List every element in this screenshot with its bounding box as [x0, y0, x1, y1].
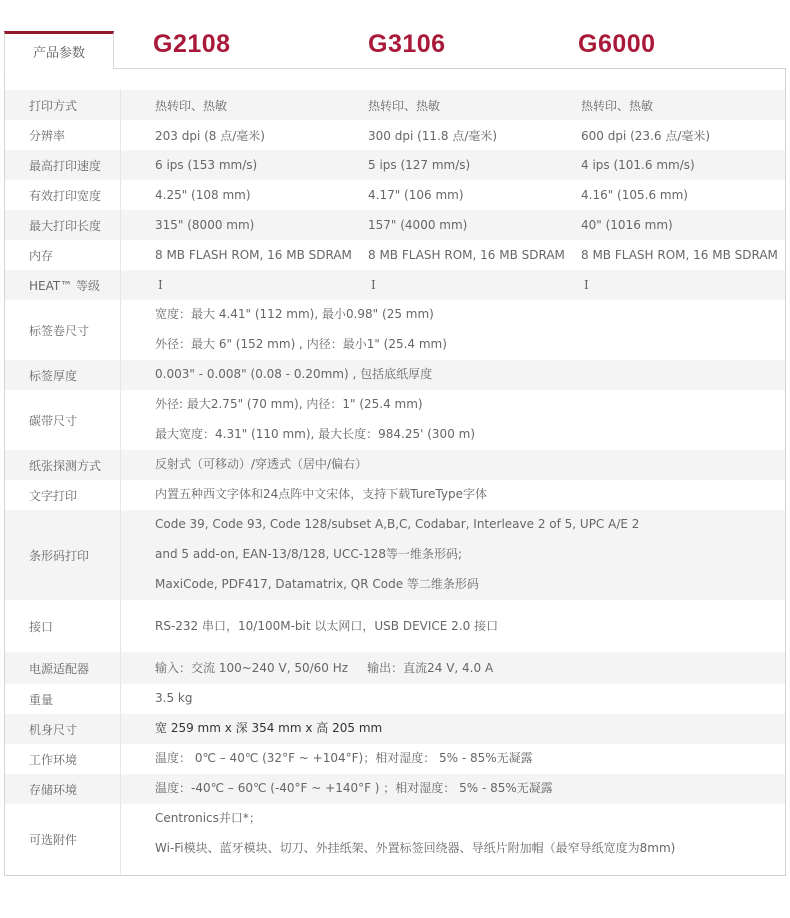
row-label: 标签卷尺寸	[5, 300, 121, 360]
spec-row-dimensions: 机身尺寸 宽 259 mm x 深 354 mm x 高 205 mm	[5, 714, 785, 744]
g3106-value: 8 MB FLASH ROM, 16 MB SDRAM	[368, 240, 565, 270]
g2108-value: 203 dpi (8 点/毫米)	[155, 120, 265, 150]
spec-line: 内置五种西文字体和24点阵中文宋体，支持下载TureType字体	[155, 484, 487, 504]
row-label: 存储环境	[5, 774, 121, 804]
row-label: 纸张探测方式	[5, 450, 121, 480]
spec-row-label-roll: 标签卷尺寸 宽度：最大 4.41" (112 mm), 最小0.98" (25 …	[5, 300, 785, 360]
spec-row-label-thickness: 标签厚度 0.003" - 0.008" (0.08 - 0.20mm) , 包…	[5, 360, 785, 390]
spec-row-interface: 接口 RS-232 串口，10/100M-bit 以太网口，USB DEVICE…	[5, 600, 785, 652]
spec-line: 温度： 0℃ – 40℃ (32°F ~ +104°F)；相对湿度： 5% - …	[155, 748, 533, 768]
g2108-value: 6 ips (153 mm/s)	[155, 150, 257, 180]
model-title-g2108: G2108	[153, 30, 231, 59]
spec-row-power: 电源适配器 输入：交流 100~240 V, 50/60 Hz 输出：直流24 …	[5, 652, 785, 684]
spec-row-print-width: 有效打印宽度 4.25" (108 mm) 4.17" (106 mm) 4.1…	[5, 180, 785, 210]
tab-product-params[interactable]: 产品参数	[4, 31, 114, 69]
spec-line: 温度：-40℃ – 60℃ (-40°F ~ +140°F ) ；相对湿度： 5…	[155, 778, 553, 798]
g6000-value: 热转印、热敏	[581, 90, 653, 120]
row-label: 最大打印长度	[5, 210, 121, 240]
spec-row-options: 可选附件 Centronics并口*； Wi-Fi模块、蓝牙模块、切刀、外挂纸架…	[5, 804, 785, 875]
spec-row-text-print: 文字打印 内置五种西文字体和24点阵中文宋体，支持下载TureType字体	[5, 480, 785, 510]
g2108-value: 315" (8000 mm)	[155, 210, 254, 240]
row-label: 工作环境	[5, 744, 121, 774]
row-label: 标签厚度	[5, 360, 121, 390]
g6000-value: 4.16" (105.6 mm)	[581, 180, 688, 210]
g6000-value: 4 ips (101.6 mm/s)	[581, 150, 695, 180]
spec-line: 3.5 kg	[155, 688, 192, 708]
row-label: 文字打印	[5, 480, 121, 510]
spec-line: 宽 259 mm x 深 354 mm x 高 205 mm	[155, 718, 382, 738]
spec-row-media-sensor: 纸张探测方式 反射式（可移动）/穿透式（居中/偏右）	[5, 450, 785, 480]
g3106-value: I	[371, 270, 376, 300]
model-title-g6000: G6000	[578, 30, 656, 59]
g2108-value: 8 MB FLASH ROM, 16 MB SDRAM	[155, 240, 352, 270]
spec-row-max-speed: 最高打印速度 6 ips (153 mm/s) 5 ips (127 mm/s)…	[5, 150, 785, 180]
spec-line: RS-232 串口，10/100M-bit 以太网口，USB DEVICE 2.…	[155, 616, 498, 636]
spec-line: 最大宽度：4.31" (110 mm), 最大长度：984.25' (300 m…	[155, 424, 475, 444]
spec-header: 产品参数 G2108 G3106 G6000	[0, 0, 790, 70]
g2108-value: 热转印、热敏	[155, 90, 227, 120]
g6000-value: 40" (1016 mm)	[581, 210, 673, 240]
g3106-value: 5 ips (127 mm/s)	[368, 150, 470, 180]
table-top-border	[398, 68, 786, 69]
spec-line: and 5 add-on, EAN-13/8/128, UCC-128等一维条形…	[155, 544, 462, 564]
g3106-value: 4.17" (106 mm)	[368, 180, 464, 210]
row-label: 电源适配器	[5, 652, 121, 684]
row-label: 内存	[5, 240, 121, 270]
row-label: 可选附件	[5, 804, 121, 875]
g3106-value: 300 dpi (11.8 点/毫米)	[368, 120, 497, 150]
spec-line: 0.003" - 0.008" (0.08 - 0.20mm) , 包括底纸厚度	[155, 364, 432, 384]
spec-line: 外径: 最大2.75" (70 mm), 内径：1" (25.4 mm)	[155, 394, 423, 414]
row-label: 重量	[5, 684, 121, 714]
row-label: 接口	[5, 600, 121, 652]
spec-line: Code 39, Code 93, Code 128/subset A,B,C,…	[155, 514, 639, 534]
g6000-value: I	[584, 270, 589, 300]
spec-row-operating-env: 工作环境 温度： 0℃ – 40℃ (32°F ~ +104°F)；相对湿度： …	[5, 744, 785, 774]
row-label: HEAT™ 等级	[5, 270, 121, 300]
spec-line: 输入：交流 100~240 V, 50/60 Hz 输出：直流24 V, 4.0…	[155, 658, 493, 678]
spec-line: 反射式（可移动）/穿透式（居中/偏右）	[155, 454, 367, 474]
spec-line: 外径：最大 6" (152 mm) , 内径：最小1" (25.4 mm)	[155, 334, 447, 354]
g3106-value: 热转印、热敏	[368, 90, 440, 120]
row-label: 机身尺寸	[5, 714, 121, 744]
g3106-value: 157" (4000 mm)	[368, 210, 467, 240]
spec-line: 宽度：最大 4.41" (112 mm), 最小0.98" (25 mm)	[155, 304, 434, 324]
row-label: 最高打印速度	[5, 150, 121, 180]
row-label: 分辨率	[5, 120, 121, 150]
spec-row-resolution: 分辨率 203 dpi (8 点/毫米) 300 dpi (11.8 点/毫米)…	[5, 120, 785, 150]
spec-row-memory: 内存 8 MB FLASH ROM, 16 MB SDRAM 8 MB FLAS…	[5, 240, 785, 270]
spec-line: MaxiCode, PDF417, Datamatrix, QR Code 等二…	[155, 574, 479, 594]
spec-line: Wi-Fi模块、蓝牙模块、切刀、外挂纸架、外置标签回绕器、导纸片附加帽（最窄导纸…	[155, 838, 675, 858]
spec-row-print-method: 打印方式 热转印、热敏 热转印、热敏 热转印、热敏	[5, 90, 785, 120]
g6000-value: 600 dpi (23.6 点/毫米)	[581, 120, 710, 150]
spec-row-barcode: 条形码打印 Code 39, Code 93, Code 128/subset …	[5, 510, 785, 600]
g2108-value: 4.25" (108 mm)	[155, 180, 251, 210]
row-label: 打印方式	[5, 90, 121, 120]
spec-line: Centronics并口*；	[155, 808, 261, 828]
g2108-value: I	[158, 270, 163, 300]
g6000-value: 8 MB FLASH ROM, 16 MB SDRAM	[581, 240, 778, 270]
spec-row-print-length: 最大打印长度 315" (8000 mm) 157" (4000 mm) 40"…	[5, 210, 785, 240]
spec-row-heat-level: HEAT™ 等级 I I I	[5, 270, 785, 300]
spec-row-ribbon-size: 碳带尺寸 外径: 最大2.75" (70 mm), 内径：1" (25.4 mm…	[5, 390, 785, 450]
model-title-g3106: G3106	[368, 30, 446, 59]
row-label: 有效打印宽度	[5, 180, 121, 210]
spec-row-weight: 重量 3.5 kg	[5, 684, 785, 714]
spec-row-storage-env: 存储环境 温度：-40℃ – 60℃ (-40°F ~ +140°F ) ；相对…	[5, 774, 785, 804]
row-label: 条形码打印	[5, 510, 121, 600]
row-label: 碳带尺寸	[5, 390, 121, 450]
